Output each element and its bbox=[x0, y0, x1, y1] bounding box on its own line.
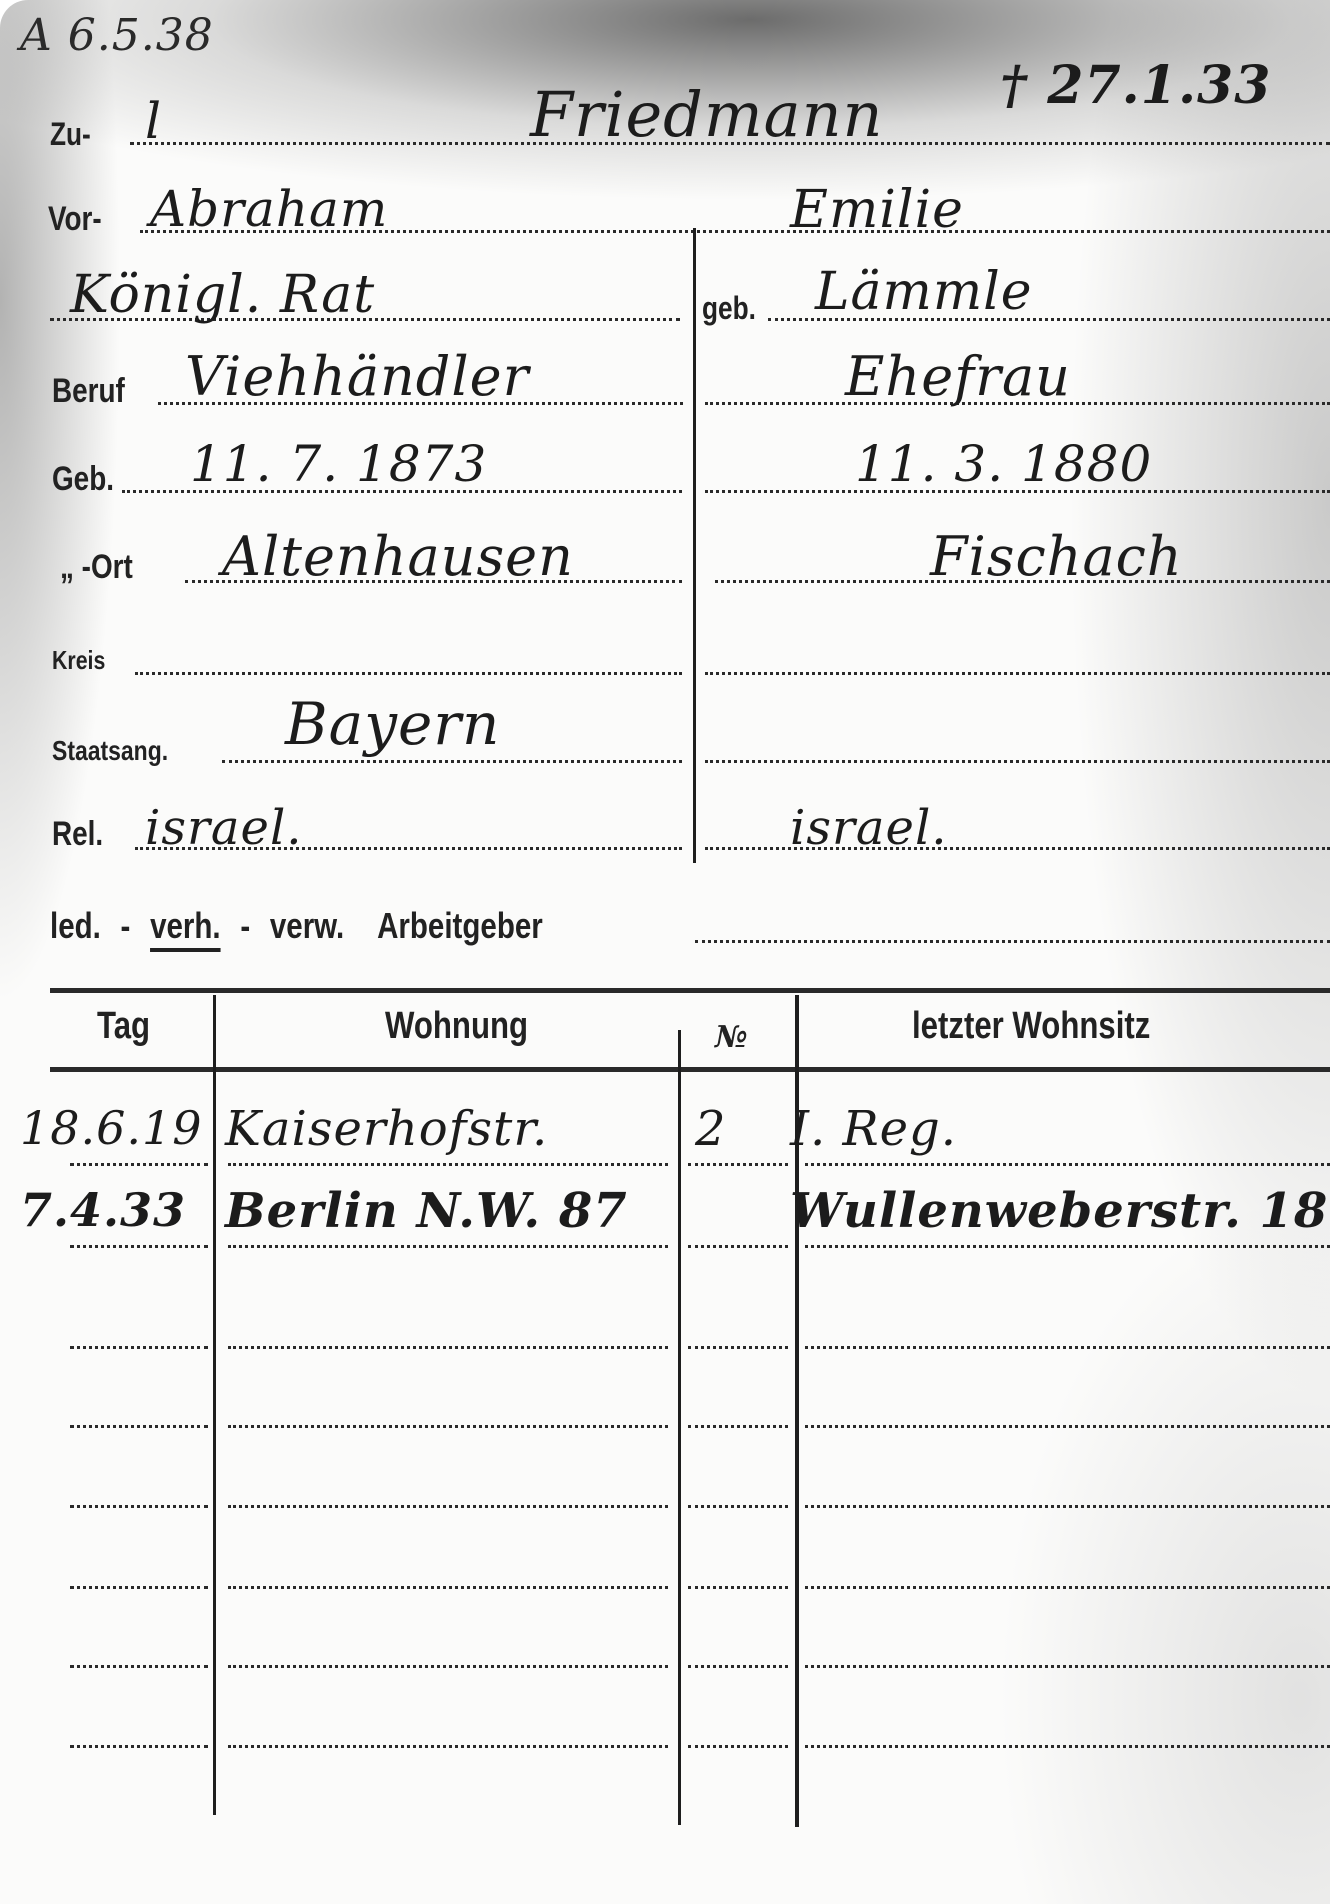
header-day: Tag bbox=[97, 1005, 150, 1048]
citizenship-line bbox=[222, 760, 682, 763]
corner-annotation: A 6.5.38 bbox=[20, 10, 214, 61]
header-number: № bbox=[715, 1020, 748, 1055]
table-row-line bbox=[805, 1163, 1330, 1166]
title-value: Königl. Rat bbox=[70, 265, 375, 325]
spouse-born-name-value: Lämmle bbox=[815, 262, 1033, 322]
surname-value: Friedmann bbox=[530, 78, 883, 151]
table-row-line bbox=[805, 1665, 1330, 1668]
table-row-line bbox=[70, 1346, 208, 1349]
table-row-line bbox=[228, 1163, 668, 1166]
marital-option-married: verh. bbox=[150, 905, 221, 952]
table-col-rule-2 bbox=[678, 1067, 681, 1825]
table-cell-last-residence: I. Reg. bbox=[790, 1101, 957, 1157]
table-row-line bbox=[805, 1346, 1330, 1349]
table-cell-day: 18.6.19 bbox=[20, 1101, 203, 1155]
district-line bbox=[135, 672, 682, 675]
column-divider bbox=[693, 228, 696, 863]
table-row-line bbox=[688, 1346, 788, 1349]
birth-date-value: 11. 7. 1873 bbox=[190, 435, 487, 493]
marital-option-single: led. bbox=[50, 905, 101, 946]
table-row-line bbox=[70, 1505, 208, 1508]
death-annotation: † 27.1.33 bbox=[1000, 55, 1271, 116]
birth-date-label: Geb. bbox=[52, 460, 114, 499]
table-row-line bbox=[70, 1665, 208, 1668]
table-row-line bbox=[228, 1665, 668, 1668]
citizenship-label: Staatsang. bbox=[52, 735, 168, 767]
spouse-birth-date-value: 11. 3. 1880 bbox=[855, 435, 1152, 493]
spouse-citizenship-line bbox=[705, 760, 1330, 763]
born-name-label: geb. bbox=[702, 290, 756, 327]
marital-separator: - bbox=[121, 905, 131, 946]
spouse-district-line bbox=[705, 672, 1330, 675]
occupation-label: Beruf bbox=[52, 372, 125, 411]
table-row-line bbox=[70, 1163, 208, 1166]
table-header-rule bbox=[50, 1067, 1330, 1072]
table-row-line bbox=[805, 1505, 1330, 1508]
spouse-religion-value: israel. bbox=[790, 800, 948, 856]
table-row-line bbox=[70, 1425, 208, 1428]
religion-value: israel. bbox=[145, 800, 303, 856]
table-row-line bbox=[688, 1163, 788, 1166]
table-row-line bbox=[805, 1245, 1330, 1248]
table-row-line bbox=[688, 1665, 788, 1668]
table-cell-residence: Kaiserhofstr. bbox=[225, 1101, 548, 1157]
table-row-line bbox=[228, 1346, 668, 1349]
spouse-birth-place-value: Fischach bbox=[930, 525, 1183, 588]
occupation-value: Viehhändler bbox=[185, 345, 529, 408]
table-row-line bbox=[688, 1425, 788, 1428]
birth-place-label: „ -Ort bbox=[60, 548, 133, 587]
district-label: Kreis bbox=[52, 645, 105, 676]
header-last-residence: letzter Wohnsitz bbox=[912, 1005, 1150, 1048]
table-row-line bbox=[228, 1586, 668, 1589]
table-col-rule-1 bbox=[213, 995, 216, 1815]
table-row-line bbox=[688, 1245, 788, 1248]
citizenship-value: Bayern bbox=[285, 690, 500, 758]
religion-label: Rel. bbox=[52, 815, 103, 854]
marital-separator: - bbox=[240, 905, 250, 946]
employer-label: Arbeitgeber bbox=[377, 905, 543, 946]
table-row-line bbox=[688, 1586, 788, 1589]
table-cell-residence: Berlin N.W. 87 bbox=[225, 1183, 628, 1239]
employer-line bbox=[695, 940, 1330, 943]
given-name-value: Abraham bbox=[150, 180, 388, 238]
table-row-line bbox=[805, 1586, 1330, 1589]
table-row-line bbox=[70, 1586, 208, 1589]
table-row-line bbox=[228, 1505, 668, 1508]
table-row-line bbox=[70, 1245, 208, 1248]
spouse-given-name-value: Emilie bbox=[790, 180, 964, 240]
table-row-line bbox=[228, 1245, 668, 1248]
table-col-rule-2a bbox=[678, 1030, 681, 1070]
marital-status-row: led. - verh. - verw. Arbeitgeber bbox=[50, 905, 543, 947]
table-row-line bbox=[688, 1505, 788, 1508]
table-row-line bbox=[805, 1745, 1330, 1748]
table-row-line bbox=[805, 1425, 1330, 1428]
given-name-label: Vor- bbox=[48, 200, 102, 239]
surname-label: Zu- bbox=[50, 116, 91, 153]
table-row-line bbox=[688, 1745, 788, 1748]
table-row-line bbox=[70, 1745, 208, 1748]
table-cell-last-residence: Wullenweberstr. 18 bbox=[790, 1183, 1328, 1239]
birth-place-value: Altenhausen bbox=[222, 525, 574, 588]
header-residence: Wohnung bbox=[385, 1005, 528, 1048]
spouse-occupation-value: Ehefrau bbox=[845, 345, 1071, 408]
registration-card: A 6.5.38 † 27.1.33 l Zu- Friedmann Vor- … bbox=[0, 0, 1330, 1904]
table-row-line bbox=[228, 1425, 668, 1428]
table-top-rule bbox=[50, 988, 1330, 993]
table-cell-day: 7.4.33 bbox=[20, 1183, 186, 1237]
table-row-line bbox=[228, 1745, 668, 1748]
table-cell-number: 2 bbox=[695, 1101, 727, 1157]
marital-option-widowed: verw. bbox=[270, 905, 344, 946]
